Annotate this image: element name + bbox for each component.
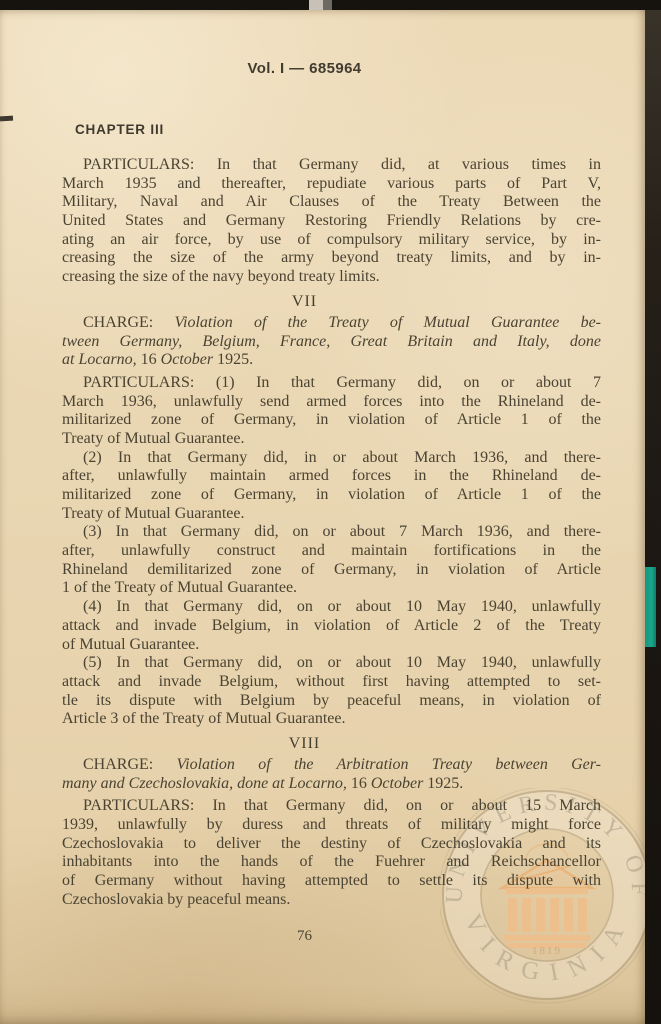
charge-paragraph: CHARGE: Violation of the Arbitration Tre… [62,756,601,793]
text-line: March 1936, unlawfully send armed forces… [62,393,601,412]
text-line: United States and Germany Restoring Frie… [62,212,601,231]
section-heading: VII [35,292,574,311]
text-line: Treaty of Mutual Guarantee. [62,505,601,524]
text-line: (2) In that Germany did, in or about Mar… [62,449,601,468]
text-line: attack and invade Belgium, without first… [62,673,601,692]
text-line: ating an air force, by use of compulsory… [62,231,601,250]
text-line: March 1935 and thereafter, repudiate var… [62,175,601,194]
charge-paragraph: CHARGE: Violation of the Treaty of Mutua… [62,314,601,370]
body-paragraph: (4) In that Germany did, on or about 10 … [62,598,601,654]
seal-year: 1819 [532,945,562,957]
text-line: PARTICULARS: In that Germany did, on or … [62,797,601,816]
text-line: 1 of the Treaty of Mutual Guarantee. [62,579,601,598]
text-line: after, unlawfully maintain armed forces … [62,467,601,486]
page-number: 76 [35,927,574,945]
text-line: 1939, unlawfully by duress and threats o… [62,816,601,835]
scan-right-border [645,0,661,1024]
text-line: after, unlawfully construct and maintain… [62,542,601,561]
scanned-page-view: { "page": { "volume_header": "Vol. I — 6… [0,0,661,1024]
text-line: Military, Naval and Air Clauses of the T… [62,193,601,212]
text-line: at Locarno, 16 October 1925. [62,351,601,370]
text-line: (5) In that Germany did, on or about 10 … [62,654,601,673]
body-paragraph: (2) In that Germany did, in or about Mar… [62,449,601,524]
text-line: PARTICULARS: (1) In that Germany did, on… [62,374,601,393]
section-heading: VIII [35,734,574,753]
page-body: CHAPTER IIIPARTICULARS: In that Germany … [62,122,601,909]
scan-top-notch-dark [323,0,332,10]
text-line: (3) In that Germany did, on or about 7 M… [62,523,601,542]
text-line: creasing the size of the navy beyond tre… [62,268,601,287]
volume-header: Vol. I — 685964 [35,60,574,78]
page-content: Vol. I — 685964 CHAPTER IIIPARTICULARS: … [62,60,601,945]
body-paragraph: (5) In that Germany did, on or about 10 … [62,654,601,729]
text-line: inhabitants into the hands of the Fuehre… [62,853,601,872]
text-line: PARTICULARS: In that Germany did, at var… [62,156,601,175]
text-line: tween Germany, Belgium, France, Great Br… [62,333,601,352]
text-line: (4) In that Germany did, on or about 10 … [62,598,601,617]
scan-top-notch-light [309,0,323,10]
text-line: creasing the size of the army beyond tre… [62,249,601,268]
body-paragraph: PARTICULARS: In that Germany did, at var… [62,156,601,287]
text-line: of Germany without having attempted to s… [62,872,601,891]
teal-bookmark-strip [645,567,656,647]
page-paper: UNIVERSITY OF VIRGINIA 1819 Vol. I — 685… [0,10,645,1024]
text-line: Czechoslovakia by peaceful means. [62,891,601,910]
text-line: Treaty of Mutual Guarantee. [62,430,601,449]
text-line: many and Czechoslovakia, done at Locarno… [62,775,601,794]
chapter-heading: CHAPTER III [75,122,601,138]
text-line: CHARGE: Violation of the Treaty of Mutua… [62,314,601,333]
text-line: CHARGE: Violation of the Arbitration Tre… [62,756,601,775]
text-line: militarized zone of Germany, in violatio… [62,486,601,505]
body-paragraph: (3) In that Germany did, on or about 7 M… [62,523,601,598]
text-line: Czechoslovakia to deliver the destiny of… [62,835,601,854]
text-line: of Mutual Guarantee. [62,636,601,655]
text-line: attack and invade Belgium, in violation … [62,617,601,636]
text-line: tle its dispute with Belgium by peaceful… [62,692,601,711]
body-paragraph: PARTICULARS: (1) In that Germany did, on… [62,374,601,449]
text-line: Article 3 of the Treaty of Mutual Guaran… [62,710,601,729]
scan-left-edge-mark [0,116,13,122]
text-line: Rhineland demilitarized zone of Germany,… [62,561,601,580]
text-line: militarized zone of Germany, in violatio… [62,411,601,430]
body-paragraph: PARTICULARS: In that Germany did, on or … [62,797,601,909]
